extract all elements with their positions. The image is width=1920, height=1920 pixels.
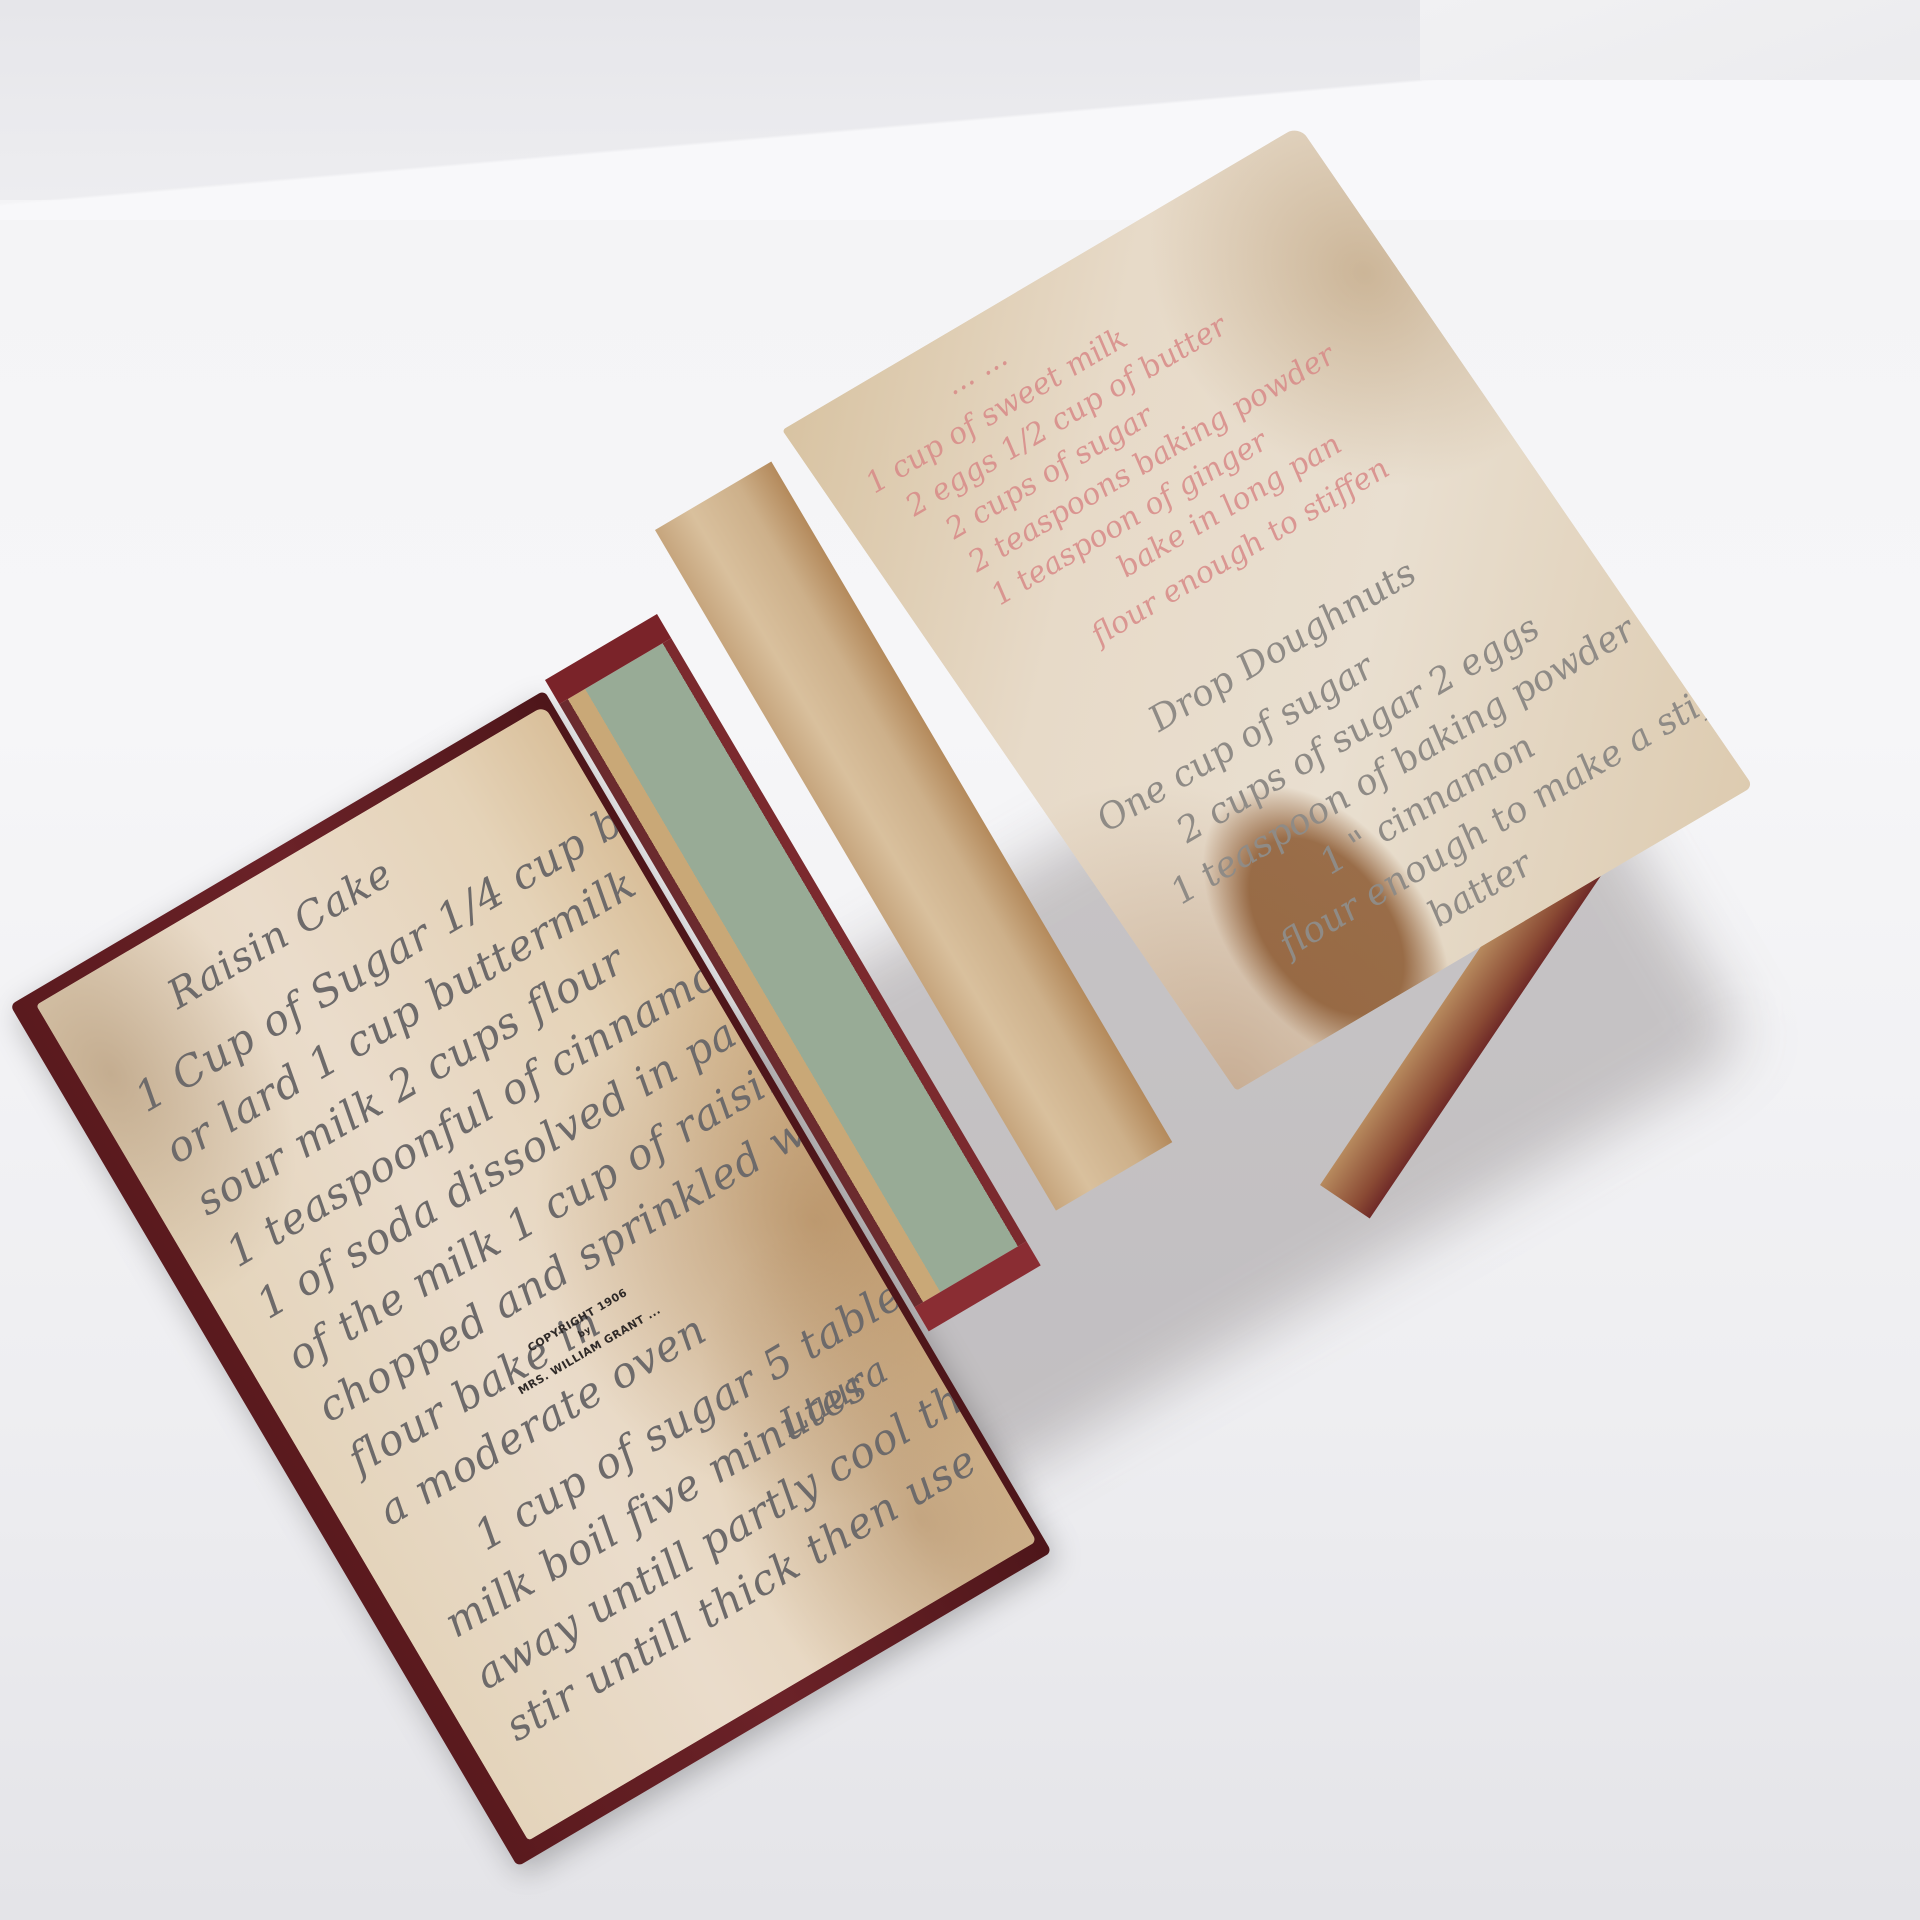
table-surface <box>0 80 1920 220</box>
